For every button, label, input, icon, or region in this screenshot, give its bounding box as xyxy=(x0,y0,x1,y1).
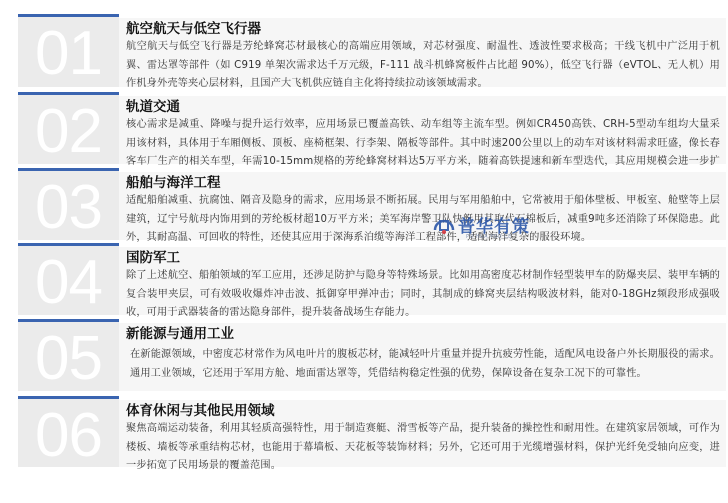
section-description: 航空航天与低空飞行器是芳纶蜂窝芯材最核心的高端应用领域，对芯材强度、耐温性、透波… xyxy=(126,38,720,94)
number-panel: 04 xyxy=(18,243,119,315)
section-number: 03 xyxy=(18,177,119,239)
section-content: 航空航天与低空飞行器 航空航天与低空飞行器是芳纶蜂窝芯材最核心的高端应用领域，对… xyxy=(119,18,726,87)
section-number: 02 xyxy=(18,101,119,163)
section-description: 除了上述航空、船舶领域的军工应用，还涉足防护与隐身等特殊场景。比如用高密度芯材制… xyxy=(126,267,720,323)
section-content: 轨道交通 核心需求是减重、降噪与提升运行效率，应用场景已覆盖高铁、动车组等主流车… xyxy=(119,96,726,164)
section-title: 新能源与通用工业 xyxy=(126,325,720,343)
section-content: 船舶与海洋工程 适配船舶减重、抗腐蚀、隔音及隐身的需求，应用场景不断拓展。民用与… xyxy=(119,172,726,240)
section-row-marine: 03 船舶与海洋工程 适配船舶减重、抗腐蚀、隔音及隐身的需求，应用场景不断拓展。… xyxy=(18,168,726,240)
section-content: 体育休闲与其他民用领域 聚焦高端运动装备，利用其轻质高强特性，用于制造赛艇、滑雪… xyxy=(119,400,726,467)
section-title: 体育休闲与其他民用领域 xyxy=(126,402,720,420)
section-number: 06 xyxy=(18,405,119,467)
number-panel: 03 xyxy=(18,168,119,240)
section-description: 在新能源领域，中密度芯材常作为风电叶片的腹板芯材，能减轻叶片重量并提升抗疲劳性能… xyxy=(126,346,720,383)
section-row-new-energy: 05 新能源与通用工业 在新能源领域，中密度芯材常作为风电叶片的腹板芯材，能减轻… xyxy=(18,319,726,391)
section-title: 轨道交通 xyxy=(126,98,720,116)
section-title: 国防军工 xyxy=(126,249,720,267)
section-row-aerospace: 01 航空航天与低空飞行器 航空航天与低空飞行器是芳纶蜂窝芯材最核心的高端应用领… xyxy=(18,14,726,87)
section-number: 05 xyxy=(18,328,119,390)
section-number: 01 xyxy=(18,23,119,85)
section-row-sports-civil: 06 体育休闲与其他民用领域 聚焦高端运动装备，利用其轻质高强特性，用于制造赛艇… xyxy=(18,396,726,467)
section-number: 04 xyxy=(18,252,119,314)
section-content: 国防军工 除了上述航空、船舶领域的军工应用，还涉足防护与隐身等特殊场景。比如用高… xyxy=(119,247,726,315)
number-panel: 01 xyxy=(18,14,119,87)
number-panel: 05 xyxy=(18,319,119,391)
section-description: 适配船舶减重、抗腐蚀、隔音及隐身的需求，应用场景不断拓展。民用与军用船舶中，它常… xyxy=(126,192,720,248)
number-panel: 06 xyxy=(18,396,119,467)
number-panel: 02 xyxy=(18,92,119,164)
section-row-defense: 04 国防军工 除了上述航空、船舶领域的军工应用，还涉足防护与隐身等特殊场景。比… xyxy=(18,243,726,315)
section-title: 船舶与海洋工程 xyxy=(126,174,720,192)
section-content: 新能源与通用工业 在新能源领域，中密度芯材常作为风电叶片的腹板芯材，能减轻叶片重… xyxy=(119,323,726,391)
section-row-rail-transit: 02 轨道交通 核心需求是减重、降噪与提升运行效率，应用场景已覆盖高铁、动车组等… xyxy=(18,92,726,164)
section-title: 航空航天与低空飞行器 xyxy=(126,20,720,38)
section-description: 聚焦高端运动装备，利用其轻质高强特性，用于制造赛艇、滑雪板等产品，提升装备的操控… xyxy=(126,420,720,476)
